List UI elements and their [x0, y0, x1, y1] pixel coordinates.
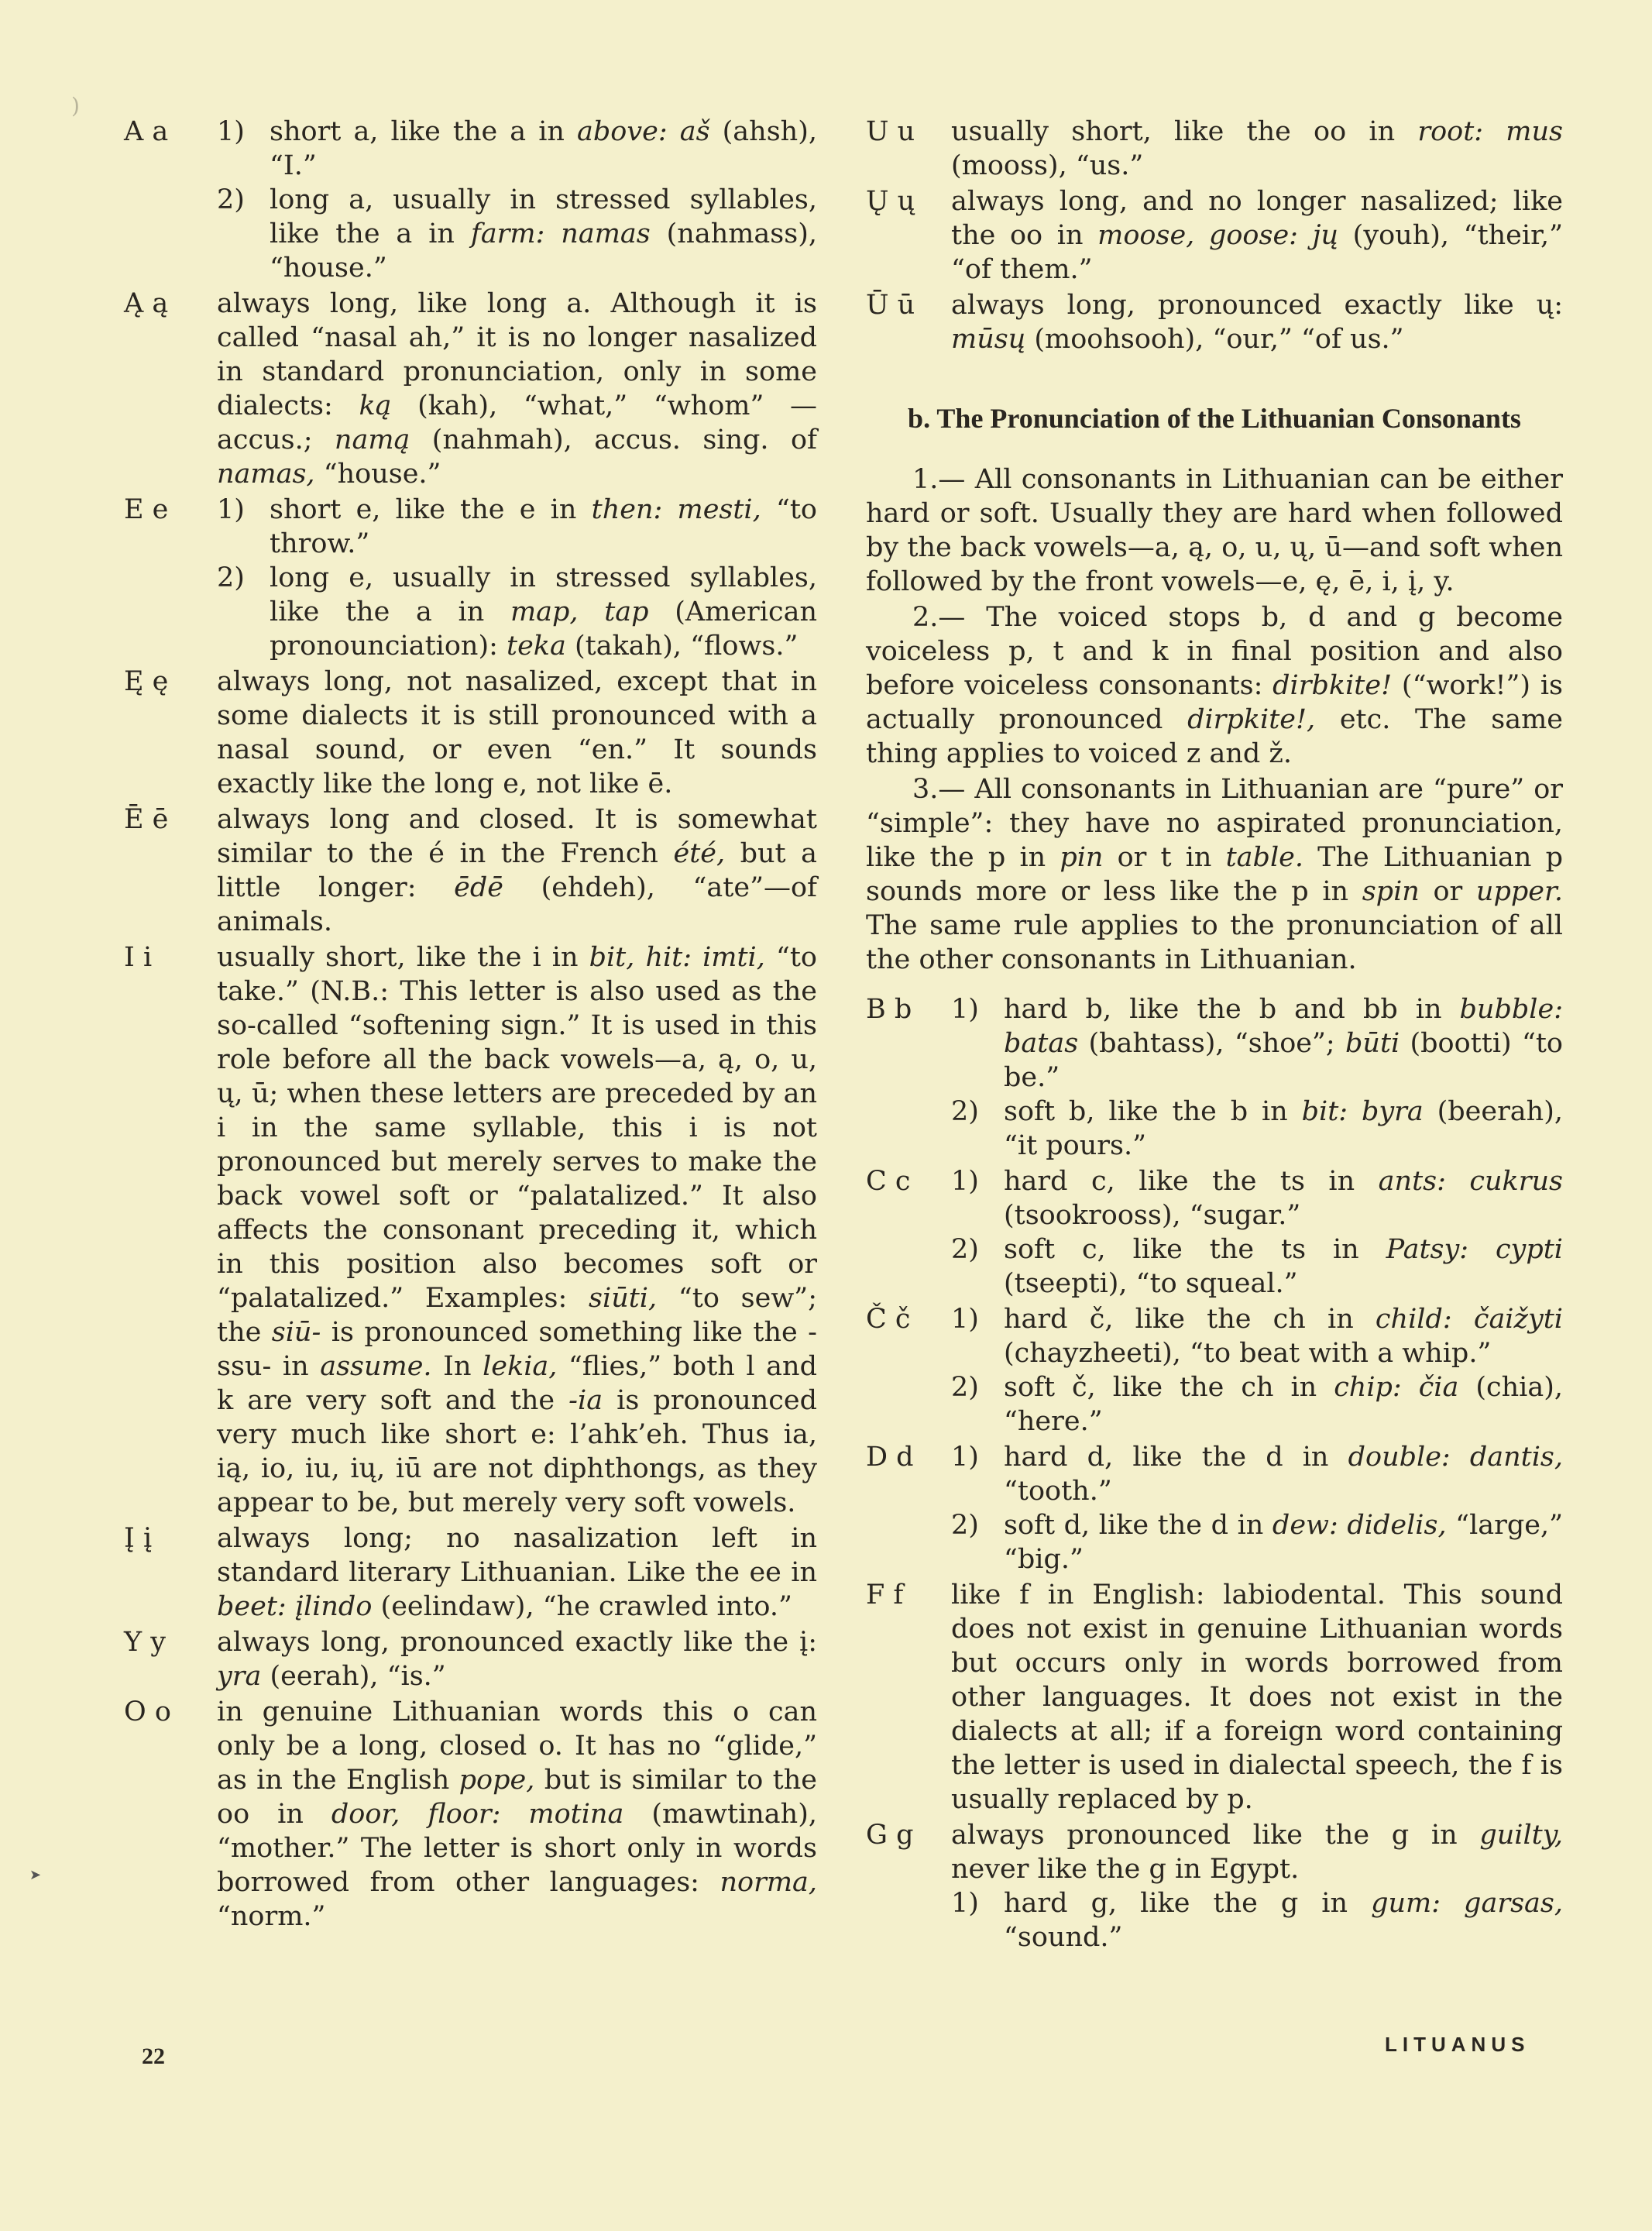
- entry-description: always long and closed. It is somewhat s…: [217, 803, 817, 939]
- rule-paragraph: 1.— All consonants in Lithuanian can be …: [866, 462, 1563, 599]
- entry-description: 1)short e, like the e in then: mesti, “t…: [217, 493, 817, 663]
- item-text: like f in English: labiodental. This sou…: [951, 1578, 1563, 1817]
- description-item: always long, like long a. Although it is…: [217, 287, 817, 491]
- description-item: always pronounced like the g in guilty, …: [951, 1818, 1563, 1886]
- left-column: A a1)short a, like the a in above: aš (a…: [124, 115, 817, 1935]
- item-text: short e, like the e in then: mesti, “to …: [270, 493, 817, 561]
- item-text: hard c, like the ts in ants: cukrus (tso…: [1004, 1164, 1563, 1232]
- entry-description: 1)hard d, like the d in double: dantis, …: [951, 1440, 1563, 1576]
- rule-paragraph: 3.— All consonants in Lithuanian are “pu…: [866, 772, 1563, 977]
- item-text: in genuine Lithuanian words this o can o…: [217, 1695, 817, 1934]
- description-item: like f in English: labiodental. This sou…: [951, 1578, 1563, 1817]
- item-text: always pronounced like the g in guilty, …: [951, 1818, 1563, 1886]
- letter-entry: A a1)short a, like the a in above: aš (a…: [124, 115, 817, 285]
- letter-entry: Ū ūalways long, pronounced exactly like …: [866, 288, 1563, 356]
- entry-description: like f in English: labiodental. This sou…: [951, 1578, 1563, 1817]
- letter-label: B b: [866, 992, 951, 1026]
- item-text: always long, pronounced exactly like ų: …: [951, 288, 1563, 356]
- letter-entry: Ą ąalways long, like long a. Although it…: [124, 287, 817, 491]
- margin-mark: ): [71, 93, 80, 119]
- letter-entry: Y yalways long, pronounced exactly like …: [124, 1625, 817, 1693]
- entry-description: in genuine Lithuanian words this o can o…: [217, 1695, 817, 1934]
- item-text: soft b, like the b in bit: byra (beerah)…: [1004, 1095, 1563, 1163]
- description-item: 1)hard b, like the b and bb in bubble: b…: [951, 992, 1563, 1095]
- item-number: 2): [951, 1232, 1004, 1301]
- entry-description: always pronounced like the g in guilty, …: [951, 1818, 1563, 1954]
- description-item: always long; no nasalization left in sta…: [217, 1521, 817, 1624]
- description-item: 2)soft d, like the d in dew: didelis, “l…: [951, 1508, 1563, 1576]
- letter-label: A a: [124, 115, 217, 149]
- item-number: 2): [951, 1508, 1004, 1576]
- letter-entry: Ē ēalways long and closed. It is somewha…: [124, 803, 817, 939]
- right-column: U uusually short, like the oo in root: m…: [866, 115, 1563, 1956]
- description-item: in genuine Lithuanian words this o can o…: [217, 1695, 817, 1934]
- description-item: 1)hard c, like the ts in ants: cukrus (t…: [951, 1164, 1563, 1232]
- letter-entry: U uusually short, like the oo in root: m…: [866, 115, 1563, 183]
- item-number: 1): [951, 1440, 1004, 1508]
- letter-entry: E e1)short e, like the e in then: mesti,…: [124, 493, 817, 663]
- letter-entry: F flike f in English: labiodental. This …: [866, 1578, 1563, 1817]
- rule-paragraph: 2.— The voiced stops b, d and g become v…: [866, 600, 1563, 771]
- item-text: hard d, like the d in double: dantis, “t…: [1004, 1440, 1563, 1508]
- item-number: 1): [951, 1302, 1004, 1370]
- section-heading: b. The Pronunciation of the Lithuanian C…: [889, 401, 1540, 436]
- letter-label: Ę ę: [124, 665, 217, 699]
- item-text: always long; no nasalization left in sta…: [217, 1521, 817, 1624]
- entry-description: usually short, like the i in bit, hit: i…: [217, 940, 817, 1520]
- entry-description: always long, like long a. Although it is…: [217, 287, 817, 491]
- letter-label: F f: [866, 1578, 951, 1612]
- item-text: hard b, like the b and bb in bubble: bat…: [1004, 992, 1563, 1095]
- description-item: 2)soft b, like the b in bit: byra (beera…: [951, 1095, 1563, 1163]
- item-number: 1): [217, 493, 270, 561]
- description-item: 1)short a, like the a in above: aš (ahsh…: [217, 115, 817, 183]
- letter-entry: B b1)hard b, like the b and bb in bubble…: [866, 992, 1563, 1163]
- letter-entry: G galways pronounced like the g in guilt…: [866, 1818, 1563, 1954]
- item-text: usually short, like the oo in root: mus …: [951, 115, 1563, 183]
- description-item: always long and closed. It is somewhat s…: [217, 803, 817, 939]
- entry-description: 1)hard č, like the ch in child: čaižyti …: [951, 1302, 1563, 1439]
- entry-description: 1)hard c, like the ts in ants: cukrus (t…: [951, 1164, 1563, 1301]
- item-text: always long, and no longer nasalized; li…: [951, 184, 1563, 287]
- entry-description: 1)short a, like the a in above: aš (ahsh…: [217, 115, 817, 285]
- description-item: 2)soft c, like the ts in Patsy: cypti (t…: [951, 1232, 1563, 1301]
- item-number: 2): [217, 183, 270, 285]
- description-item: 2)long e, usually in stressed syllables,…: [217, 561, 817, 663]
- entry-description: always long, pronounced exactly like the…: [217, 1625, 817, 1693]
- letter-label: D d: [866, 1440, 951, 1474]
- letter-label: I i: [124, 940, 217, 975]
- item-text: always long, pronounced exactly like the…: [217, 1625, 817, 1693]
- letter-entry: C c1)hard c, like the ts in ants: cukrus…: [866, 1164, 1563, 1301]
- letter-label: Č č: [866, 1302, 951, 1336]
- letter-entry: O oin genuine Lithuanian words this o ca…: [124, 1695, 817, 1934]
- description-item: 2)soft č, like the ch in chip: čia (chia…: [951, 1370, 1563, 1439]
- consonant-entries: B b1)hard b, like the b and bb in bubble…: [866, 992, 1563, 1954]
- item-text: always long, like long a. Although it is…: [217, 287, 817, 491]
- description-item: always long, and no longer nasalized; li…: [951, 184, 1563, 287]
- journal-name: LITUANUS: [1385, 2033, 1530, 2057]
- letter-label: E e: [124, 493, 217, 527]
- vowel-entries: U uusually short, like the oo in root: m…: [866, 115, 1563, 356]
- consonant-rules: 1.— All consonants in Lithuanian can be …: [866, 462, 1563, 977]
- letter-label: G g: [866, 1818, 951, 1852]
- item-text: always long and closed. It is somewhat s…: [217, 803, 817, 939]
- item-text: always long, not nasalized, except that …: [217, 665, 817, 801]
- letter-label: Į į: [124, 1521, 217, 1556]
- entry-description: 1)hard b, like the b and bb in bubble: b…: [951, 992, 1563, 1163]
- item-text: usually short, like the i in bit, hit: i…: [217, 940, 817, 1520]
- entry-description: always long, pronounced exactly like ų: …: [951, 288, 1563, 356]
- description-item: 1)hard d, like the d in double: dantis, …: [951, 1440, 1563, 1508]
- letter-label: Y y: [124, 1625, 217, 1659]
- letter-entry: Į įalways long; no nasalization left in …: [124, 1521, 817, 1624]
- item-text: long a, usually in stressed syllables, l…: [270, 183, 817, 285]
- description-item: 1)short e, like the e in then: mesti, “t…: [217, 493, 817, 561]
- letter-label: U u: [866, 115, 951, 149]
- entry-description: always long; no nasalization left in sta…: [217, 1521, 817, 1624]
- letter-entry: Ų ųalways long, and no longer nasalized;…: [866, 184, 1563, 287]
- entry-description: usually short, like the oo in root: mus …: [951, 115, 1563, 183]
- letter-entry: Ę ęalways long, not nasalized, except th…: [124, 665, 817, 801]
- item-text: long e, usually in stressed syllables, l…: [270, 561, 817, 663]
- item-number: 1): [951, 992, 1004, 1095]
- letter-entry: Č č1)hard č, like the ch in child: čaižy…: [866, 1302, 1563, 1439]
- description-item: 1)hard g, like the g in gum: garsas, “so…: [951, 1886, 1563, 1954]
- item-text: soft c, like the ts in Patsy: cypti (tse…: [1004, 1232, 1563, 1301]
- item-text: hard g, like the g in gum: garsas, “soun…: [1004, 1886, 1563, 1954]
- item-text: soft č, like the ch in chip: čia (chia),…: [1004, 1370, 1563, 1439]
- entry-description: always long, not nasalized, except that …: [217, 665, 817, 801]
- item-number: 1): [217, 115, 270, 183]
- description-item: 2)long a, usually in stressed syllables,…: [217, 183, 817, 285]
- letter-label: Ų ų: [866, 184, 951, 218]
- description-item: always long, pronounced exactly like ų: …: [951, 288, 1563, 356]
- item-text: short a, like the a in above: aš (ahsh),…: [270, 115, 817, 183]
- item-text: hard č, like the ch in child: čaižyti (c…: [1004, 1302, 1563, 1370]
- description-item: usually short, like the oo in root: mus …: [951, 115, 1563, 183]
- description-item: 1)hard č, like the ch in child: čaižyti …: [951, 1302, 1563, 1370]
- description-item: always long, not nasalized, except that …: [217, 665, 817, 801]
- entry-description: always long, and no longer nasalized; li…: [951, 184, 1563, 287]
- item-number: 1): [951, 1886, 1004, 1954]
- letter-label: Ē ē: [124, 803, 217, 837]
- item-number: 1): [951, 1164, 1004, 1232]
- letter-label: C c: [866, 1164, 951, 1198]
- item-text: soft d, like the d in dew: didelis, “lar…: [1004, 1508, 1563, 1576]
- letter-entry: D d1)hard d, like the d in double: danti…: [866, 1440, 1563, 1576]
- letter-entry: I iusually short, like the i in bit, hit…: [124, 940, 817, 1520]
- letter-label: O o: [124, 1695, 217, 1729]
- description-item: always long, pronounced exactly like the…: [217, 1625, 817, 1693]
- description-item: usually short, like the i in bit, hit: i…: [217, 940, 817, 1520]
- letter-label: Ą ą: [124, 287, 217, 321]
- margin-arrow-mark: ➤: [29, 1867, 41, 1883]
- item-number: 2): [951, 1370, 1004, 1439]
- item-number: 2): [951, 1095, 1004, 1163]
- page-number: 22: [142, 2044, 165, 2070]
- letter-label: Ū ū: [866, 288, 951, 322]
- item-number: 2): [217, 561, 270, 663]
